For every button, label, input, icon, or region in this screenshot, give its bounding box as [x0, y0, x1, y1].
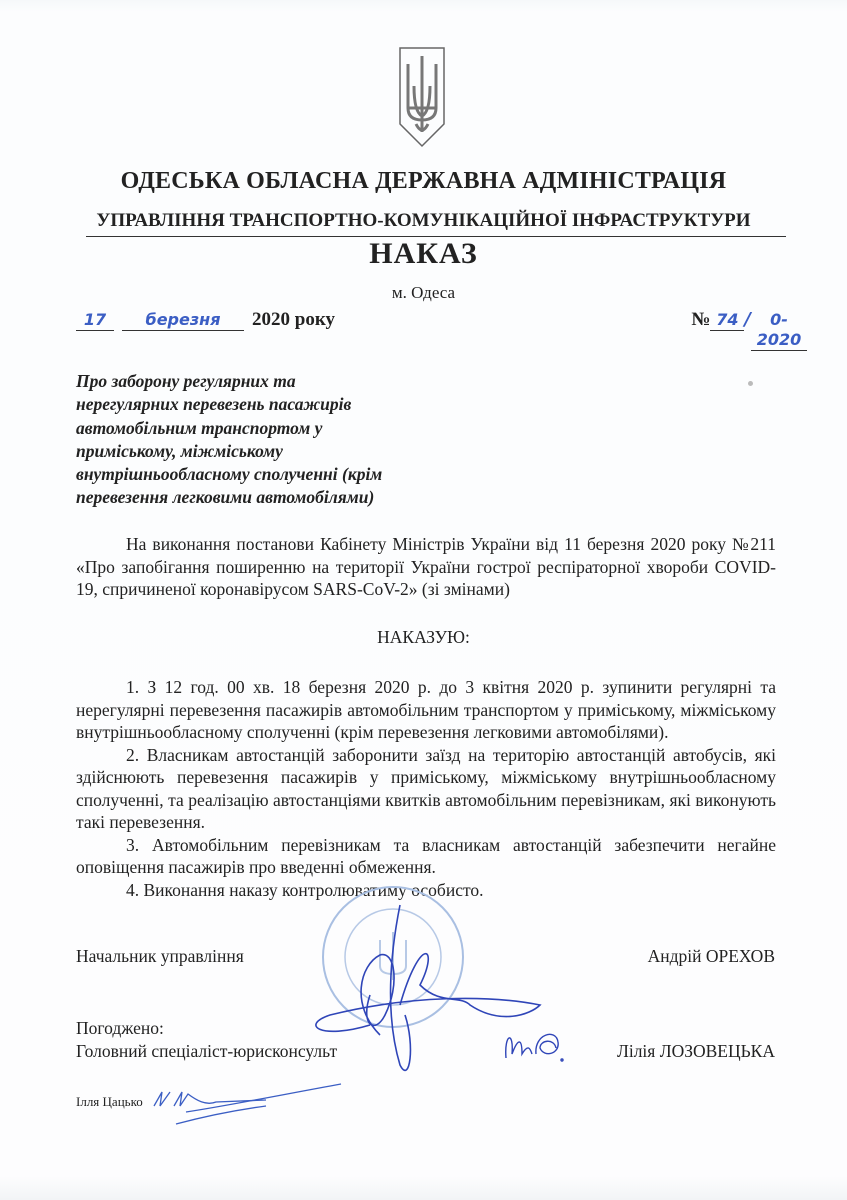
- scan-speck: [748, 381, 753, 386]
- city: м. Одеса: [0, 283, 847, 303]
- document-type: НАКАЗ: [0, 237, 847, 271]
- order-item: 1. З 12 год. 00 хв. 18 березня 2020 р. д…: [76, 676, 776, 744]
- subject-line: нерегулярних перевезень пасажирів: [76, 393, 436, 416]
- subject-line: внутрішньообласному сполученні (крім: [76, 463, 436, 486]
- trident-coat-of-arms-icon: [398, 46, 446, 148]
- number-part2: 0-2020: [751, 310, 807, 351]
- subject-line: перевезення легковими автомобілями): [76, 486, 436, 509]
- date-day: 17: [76, 310, 114, 331]
- executor-name: Ілля Цацько: [76, 1094, 143, 1110]
- order-item: 2. Власникам автостанцій заборонити заїз…: [76, 744, 776, 834]
- number-label: №: [691, 309, 710, 331]
- department-title: УПРАВЛІННЯ ТРАНСПОРТНО-КОМУНІКАЦІЙНОЇ ІН…: [0, 210, 847, 232]
- number-slash: /: [744, 309, 751, 330]
- agreed-label: Погоджено:: [76, 1018, 164, 1039]
- head-title: Начальник управління: [76, 946, 244, 967]
- document-number: № 74 / 0-2020: [691, 309, 807, 351]
- document-page: ОДЕСЬКА ОБЛАСНА ДЕРЖАВНА АДМІНІСТРАЦІЯ У…: [0, 0, 847, 1200]
- order-heading: НАКАЗУЮ:: [0, 627, 847, 648]
- document-subject: Про заборону регулярних та нерегулярних …: [76, 370, 436, 510]
- executor-signature: [146, 1080, 346, 1130]
- head-name: Андрій ОРЕХОВ: [648, 946, 775, 967]
- preamble: На виконання постанови Кабінету Міністрі…: [76, 533, 776, 601]
- date-year: 2020 року: [252, 309, 335, 331]
- lawyer-title: Головний спеціаліст-юрисконсульт: [76, 1041, 337, 1062]
- lawyer-name: Лілія ЛОЗОВЕЦЬКА: [617, 1041, 775, 1062]
- organization-title: ОДЕСЬКА ОБЛАСНА ДЕРЖАВНА АДМІНІСТРАЦІЯ: [0, 168, 847, 195]
- order-items: 1. З 12 год. 00 хв. 18 березня 2020 р. д…: [76, 676, 776, 901]
- number-part1: 74: [710, 310, 744, 331]
- document-date: 17 березня 2020 року: [76, 309, 335, 331]
- subject-line: автомобільним транспортом у: [76, 417, 436, 440]
- lawyer-signature: [500, 1024, 570, 1066]
- date-month: березня: [122, 310, 244, 331]
- subject-line: приміському, міжміському: [76, 440, 436, 463]
- order-item: 3. Автомобільним перевізникам та власник…: [76, 834, 776, 879]
- subject-line: Про заборону регулярних та: [76, 370, 436, 393]
